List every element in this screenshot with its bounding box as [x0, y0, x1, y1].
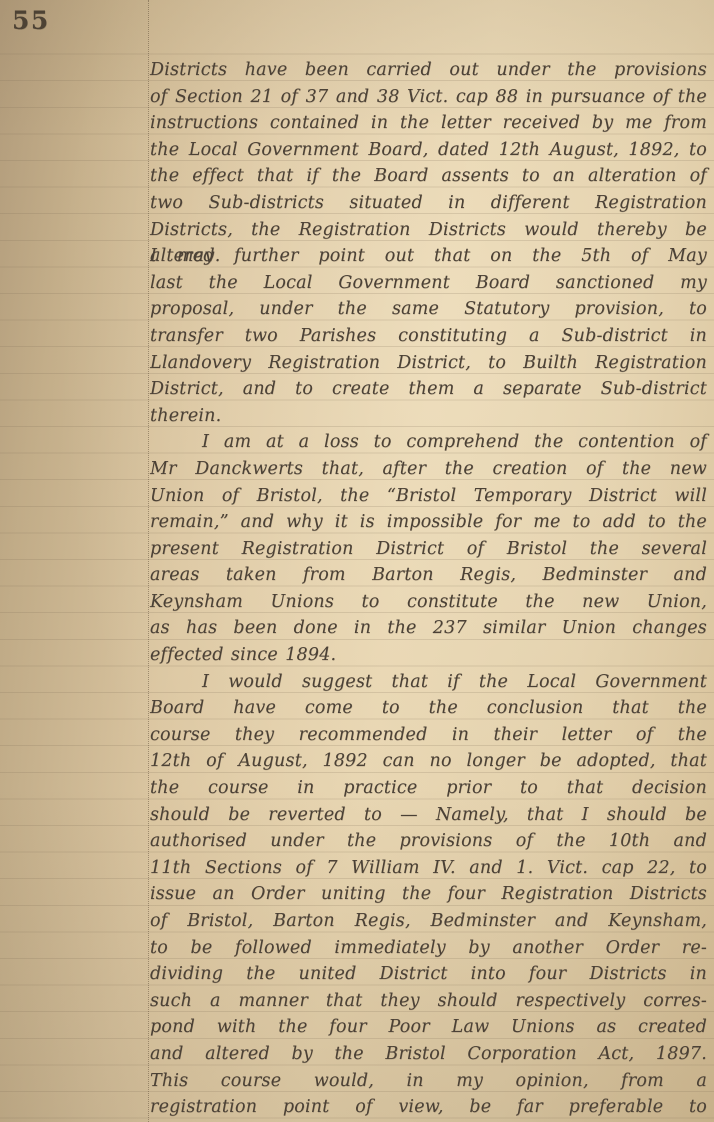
manuscript-line: proposal, under the same Statutory provi…: [150, 296, 707, 323]
manuscript-line: two Sub-districts situated in different …: [150, 190, 707, 217]
manuscript-line: Keynsham Unions to constitute the new Un…: [150, 589, 707, 616]
manuscript-line: I am at a loss to comprehend the content…: [150, 429, 707, 456]
manuscript-line: I may further point out that on the 5th …: [150, 243, 707, 270]
manuscript-line: such a manner that they should respectiv…: [150, 988, 707, 1015]
manuscript-line: areas taken from Barton Regis, Bedminste…: [150, 562, 707, 589]
left-margin-strip: [0, 0, 148, 1122]
manuscript-line: should be reverted to — Namely, that I s…: [150, 802, 707, 829]
manuscript-line: Mr Danckwerts that, after the creation o…: [150, 456, 707, 483]
manuscript-line: 12th of August, 1892 can no longer be ad…: [150, 748, 707, 775]
manuscript-line: Union of Bristol, the “Bristol Temporary…: [150, 483, 707, 510]
manuscript-line: Board have come to the conclusion that t…: [150, 695, 707, 722]
manuscript-line: last the Local Government Board sanction…: [150, 270, 707, 297]
manuscript-line: authorised under the provisions of the 1…: [150, 828, 707, 855]
manuscript-line: the Local Government Board, dated 12th A…: [150, 137, 707, 164]
manuscript-line: Districts have been carried out under th…: [150, 57, 707, 84]
manuscript-line: therein.: [150, 403, 707, 430]
manuscript-line: registration point of view, be far prefe…: [150, 1094, 707, 1121]
manuscript-line: of Section 21 of 37 and 38 Vict. cap 88 …: [150, 84, 707, 111]
manuscript-line: the course in practice prior to that dec…: [150, 775, 707, 802]
margin-line: [148, 0, 149, 1122]
manuscript-line: the effect that if the Board assents to …: [150, 163, 707, 190]
manuscript-line: 11th Sections of 7 William IV. and 1. Vi…: [150, 855, 707, 882]
manuscript-line: I would suggest that if the Local Govern…: [150, 669, 707, 696]
manuscript-page: 55 Districts have been carried out under…: [0, 0, 714, 1122]
manuscript-line: dividing the united District into four D…: [150, 961, 707, 988]
manuscript-text: Districts have been carried out under th…: [150, 57, 707, 1121]
manuscript-line: present Registration District of Bristol…: [150, 536, 707, 563]
manuscript-line: instructions contained in the letter rec…: [150, 110, 707, 137]
manuscript-line: remain,” and why it is impossible for me…: [150, 509, 707, 536]
manuscript-line: pond with the four Poor Law Unions as cr…: [150, 1014, 707, 1041]
manuscript-line: District, and to create them a separate …: [150, 376, 707, 403]
manuscript-line: transfer two Parishes constituting a Sub…: [150, 323, 707, 350]
manuscript-line: and altered by the Bristol Corporation A…: [150, 1041, 707, 1068]
manuscript-line: Districts, the Registration Districts wo…: [150, 217, 707, 244]
manuscript-line: course they recommended in their letter …: [150, 722, 707, 749]
manuscript-line: effected since 1894.: [150, 642, 707, 669]
manuscript-line: This course would, in my opinion, from a: [150, 1068, 707, 1095]
folio-number: 55: [12, 6, 50, 35]
manuscript-line: of Bristol, Barton Regis, Bedminster and…: [150, 908, 707, 935]
manuscript-line: Llandovery Registration District, to Bui…: [150, 350, 707, 377]
manuscript-line: as has been done in the 237 similar Unio…: [150, 615, 707, 642]
manuscript-line: issue an Order uniting the four Registra…: [150, 881, 707, 908]
manuscript-line: to be followed immediately by another Or…: [150, 935, 707, 962]
